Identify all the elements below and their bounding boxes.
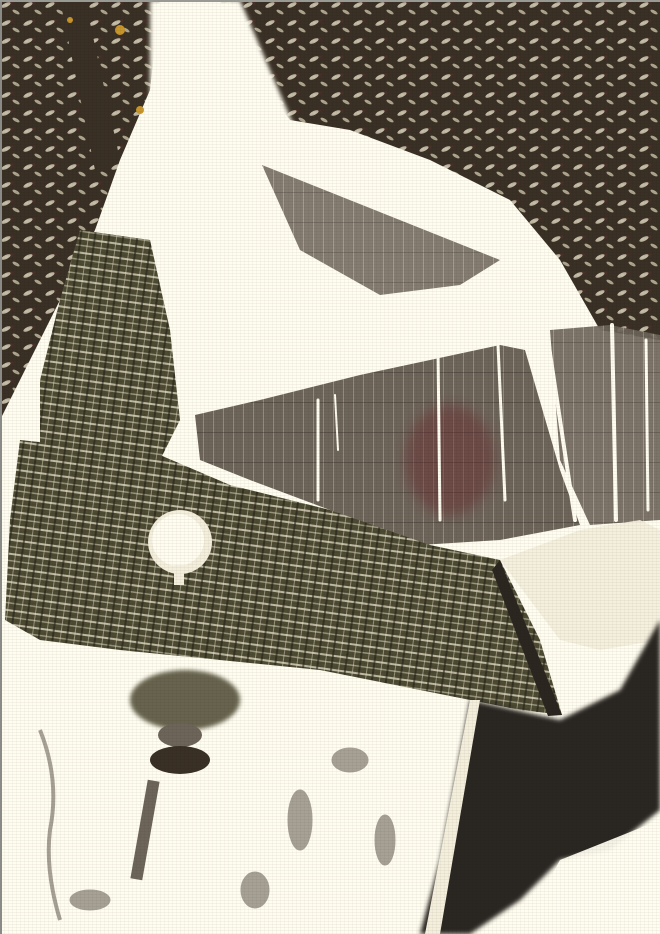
image-border-left	[0, 0, 2, 934]
image-border-top	[0, 0, 660, 2]
photo-artwork	[0, 0, 660, 934]
photo-collage	[0, 0, 660, 934]
